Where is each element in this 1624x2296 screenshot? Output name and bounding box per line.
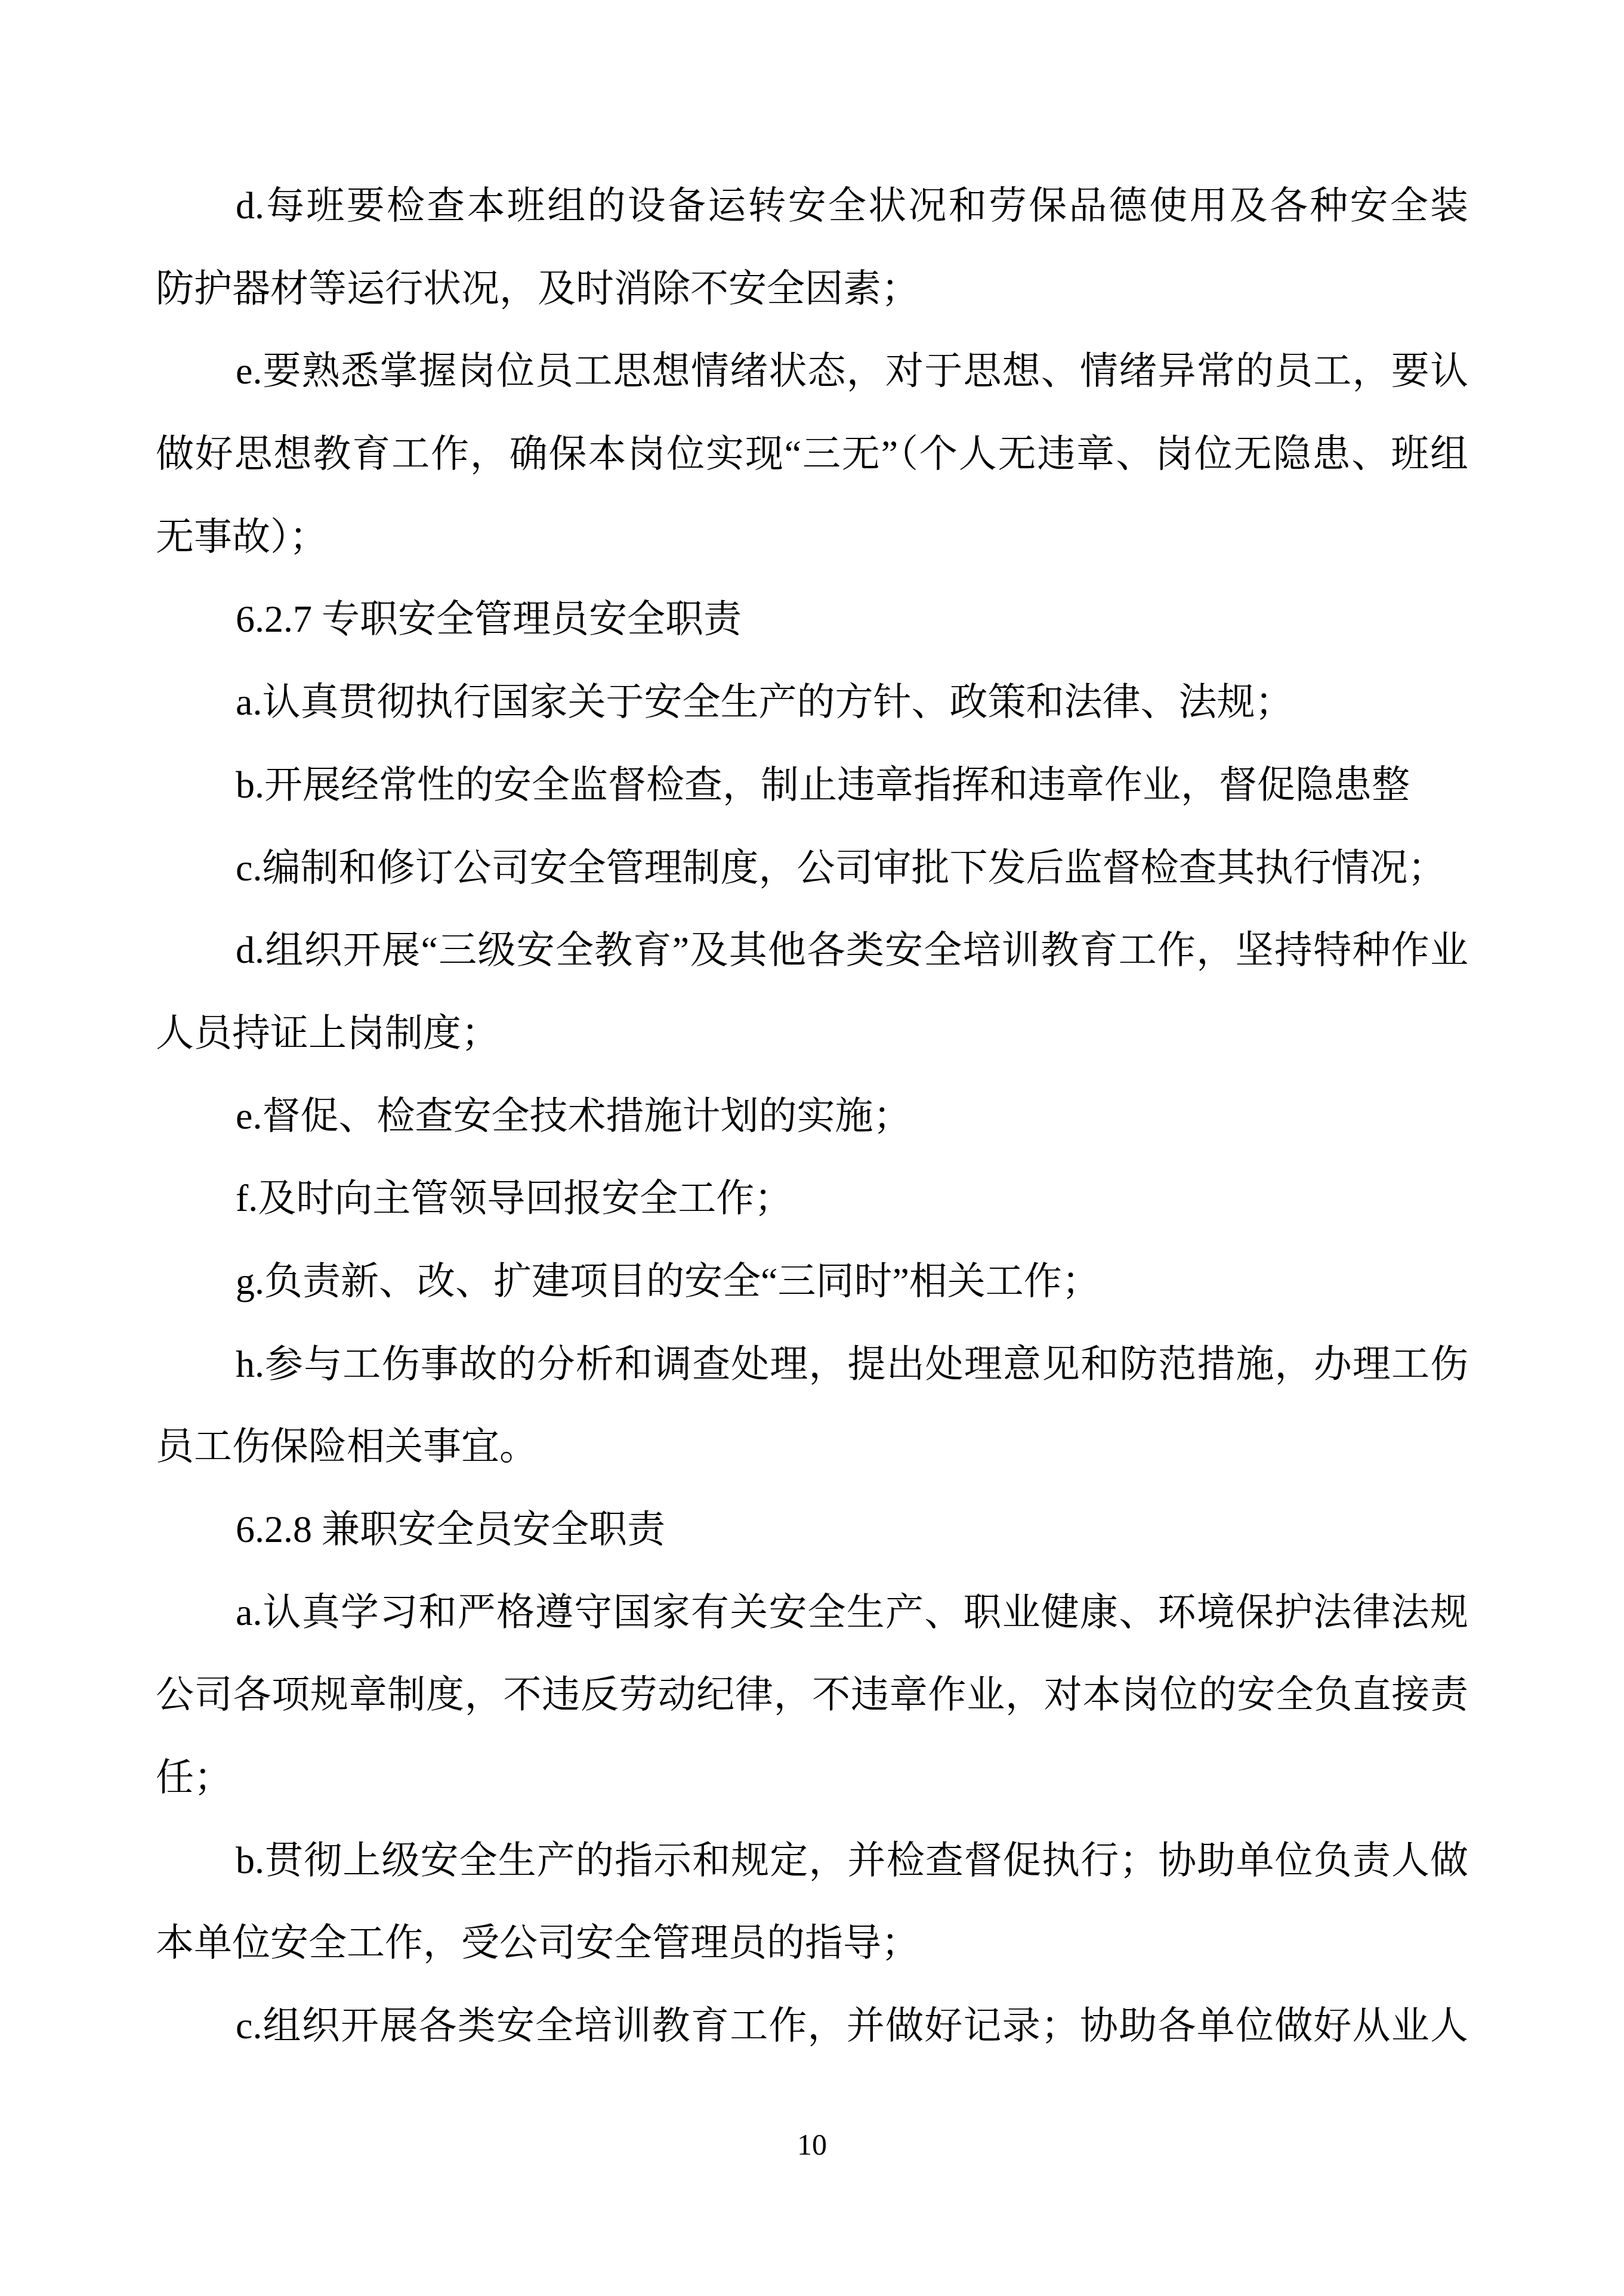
text-line: 无事故）； <box>156 496 1468 579</box>
document-page: d.每班要检查本班组的设备运转安全状况和劳保品德使用及各种安全装置、防护器材等运… <box>0 0 1624 2296</box>
text-line: 人员持证上岗制度； <box>156 992 1468 1075</box>
text-line: 本单位安全工作，受公司安全管理员的指导； <box>156 1902 1468 1985</box>
text-line: e.督促、检查安全技术措施计划的实施； <box>156 1075 1468 1158</box>
text-line: 做好思想教育工作，确保本岗位实现“三无”（个人无违章、岗位无隐患、班组 <box>156 413 1468 496</box>
text-line: b.贯彻上级安全生产的指示和规定，并检查督促执行；协助单位负责人做好 <box>156 1819 1468 1902</box>
text-line: 公司各项规章制度，不违反劳动纪律，不违章作业，对本岗位的安全负直接责 <box>156 1654 1468 1736</box>
text-line: g.负责新、改、扩建项目的安全“三同时”相关工作； <box>156 1240 1468 1323</box>
text-line: c.编制和修订公司安全管理制度，公司审批下发后监督检查其执行情况； <box>156 827 1468 910</box>
text-line: h.参与工伤事故的分析和调查处理，提出处理意见和防范措施，办理工伤人 <box>156 1323 1468 1406</box>
text-line: 6.2.8 兼职安全员安全职责 <box>156 1488 1468 1571</box>
text-line: d.组织开展“三级安全教育”及其他各类安全培训教育工作，坚持特种作业 <box>156 909 1468 992</box>
text-line: 防护器材等运行状况，及时消除不安全因素； <box>156 248 1468 330</box>
text-line: d.每班要检查本班组的设备运转安全状况和劳保品德使用及各种安全装置、 <box>156 165 1468 248</box>
page-number: 10 <box>0 2128 1624 2161</box>
text-line: f.及时向主管领导回报安全工作； <box>156 1157 1468 1240</box>
text-line: e.要熟悉掌握岗位员工思想情绪状态，对于思想、情绪异常的员工，要认真 <box>156 330 1468 413</box>
text-line: a.认真学习和严格遵守国家有关安全生产、职业健康、环境保护法律法规和 <box>156 1571 1468 1654</box>
text-line: b.开展经常性的安全监督检查，制止违章指挥和违章作业，督促隐患整改； <box>156 744 1468 827</box>
text-line: a.认真贯彻执行国家关于安全生产的方针、政策和法律、法规； <box>156 661 1468 744</box>
text-line: 员工伤保险相关事宜。 <box>156 1405 1468 1488</box>
text-line: 任； <box>156 1736 1468 1819</box>
text-line: c.组织开展各类安全培训教育工作，并做好记录；协助各单位做好从业人员 <box>156 1985 1468 2068</box>
document-body: d.每班要检查本班组的设备运转安全状况和劳保品德使用及各种安全装置、防护器材等运… <box>156 165 1468 2068</box>
text-line: 6.2.7 专职安全管理员安全职责 <box>156 578 1468 661</box>
